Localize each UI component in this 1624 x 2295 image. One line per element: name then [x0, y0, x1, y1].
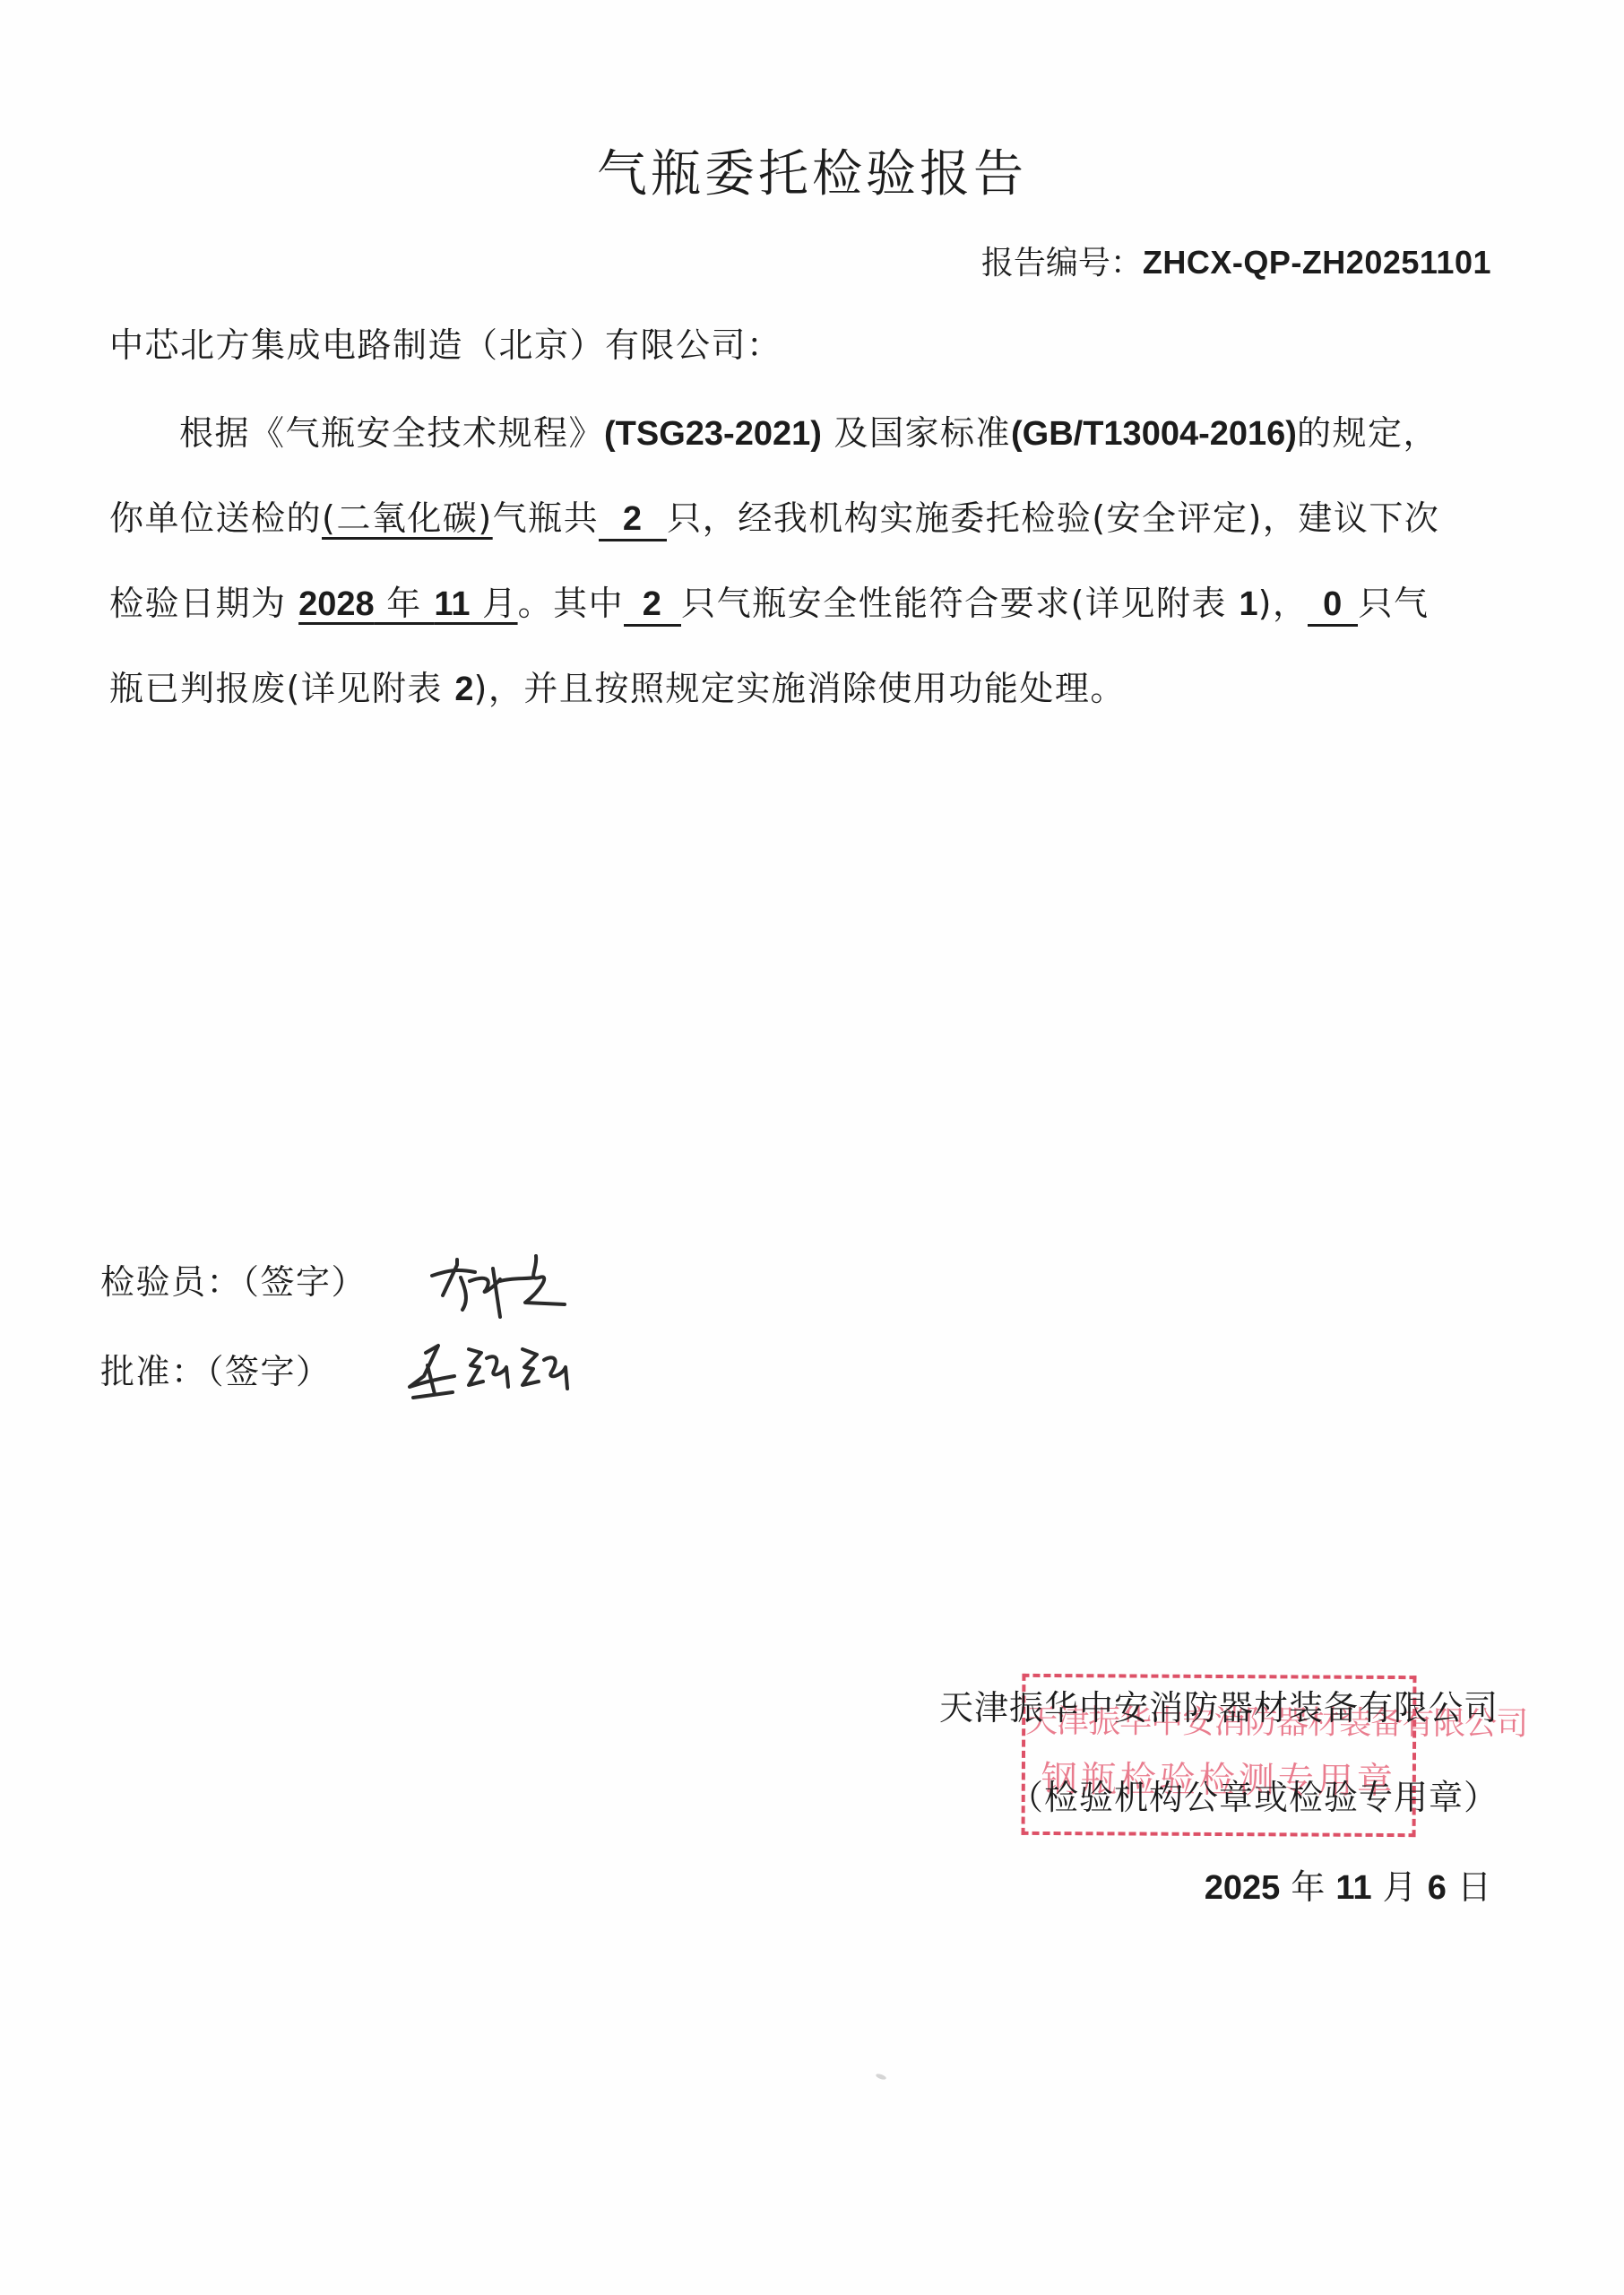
next-inspection-year: 2028	[298, 585, 375, 623]
text: 的规定，	[1297, 413, 1438, 453]
text: 根据《气瓶安全技术规程》	[179, 413, 604, 453]
scan-speck	[876, 2073, 887, 2081]
text: 及国家标准	[822, 413, 1011, 453]
approver-label: 批准：	[100, 1352, 207, 1391]
text: 瓶已判报废(详见附表	[109, 669, 454, 708]
body-line-1: 根据《气瓶安全技术规程》(TSG23-2021) 及国家标准(GB/T13004…	[179, 411, 1438, 456]
text: )，并且按照规定实施消除使用功能处理。	[474, 669, 1126, 708]
regulation-code: (TSG23-2021)	[604, 415, 822, 453]
seal-note: （检验机构公章或检验专用章）	[1009, 1775, 1499, 1820]
next-inspection-month: 11	[434, 585, 470, 623]
text: 气瓶共	[493, 498, 600, 538]
text: 只，经我机构实施委托检验(安全评定)，建议下次	[667, 498, 1439, 538]
next-inspection-date: 2028 年 11 月	[298, 584, 517, 623]
qualified-count: 2	[624, 585, 681, 627]
appendix-2-ref: 2	[454, 671, 473, 708]
approver-signature-row: 批准：（签字）	[100, 1349, 332, 1394]
cylinder-total-count: 2	[599, 499, 667, 541]
inspector-label: 检验员：	[100, 1262, 242, 1302]
body-line-3: 检验日期为 2028 年 11 月。其中2只气瓶安全性能符合要求(详见附表 1)…	[109, 581, 1429, 627]
document-title: 气瓶委托检验报告	[0, 143, 1624, 206]
text: 年	[1280, 1867, 1335, 1907]
inspector-handwritten-signature	[430, 1251, 583, 1331]
body-line-4: 瓶已判报废(详见附表 2)，并且按照规定实施消除使用功能处理。	[109, 666, 1126, 712]
report-number-label: 报告编号：	[981, 245, 1143, 281]
text: 检验日期为	[109, 584, 298, 623]
issue-day: 6	[1428, 1869, 1447, 1907]
inspector-signature-row: 检验员：（签字）	[100, 1260, 367, 1304]
body-line-2: 你单位送检的(二氧化碳)气瓶共2只，经我机构实施委托检验(安全评定)，建议下次	[109, 496, 1439, 541]
text: 月	[1372, 1867, 1428, 1907]
appendix-1-ref: 1	[1240, 585, 1258, 623]
standard-code: (GB/T13004-2016)	[1011, 415, 1297, 453]
issue-year: 2025	[1205, 1869, 1281, 1907]
report-page: 气瓶委托检验报告 报告编号：ZHCX-QP-ZH20251101 中芯北方集成电…	[0, 0, 1624, 2295]
recipient-company: 中芯北方集成电路制造（北京）有限公司：	[109, 323, 782, 368]
scrapped-count: 0	[1308, 585, 1358, 627]
text: 你单位送检的	[109, 498, 322, 538]
text: 年	[375, 584, 435, 623]
text: 月	[470, 584, 517, 623]
text: 日	[1447, 1867, 1491, 1907]
inspector-sign-hint: （签字）	[242, 1262, 367, 1302]
issuing-organization: 天津振华中安消防器材装备有限公司	[939, 1685, 1499, 1730]
issue-month: 11	[1335, 1869, 1371, 1907]
text: )，	[1258, 584, 1309, 623]
text: 只气瓶安全性能符合要求(详见附表	[681, 584, 1239, 623]
report-number: 报告编号：ZHCX-QP-ZH20251101	[981, 240, 1491, 286]
text: 。其中	[518, 584, 625, 623]
gas-type: (二氧化碳)	[322, 498, 493, 538]
text: 只气	[1358, 584, 1429, 623]
report-number-value: ZHCX-QP-ZH20251101	[1143, 244, 1491, 281]
approver-sign-hint: （签字）	[207, 1352, 332, 1391]
issue-date: 2025 年 11 月 6 日	[1205, 1865, 1491, 1910]
approver-handwritten-signature	[408, 1340, 587, 1412]
